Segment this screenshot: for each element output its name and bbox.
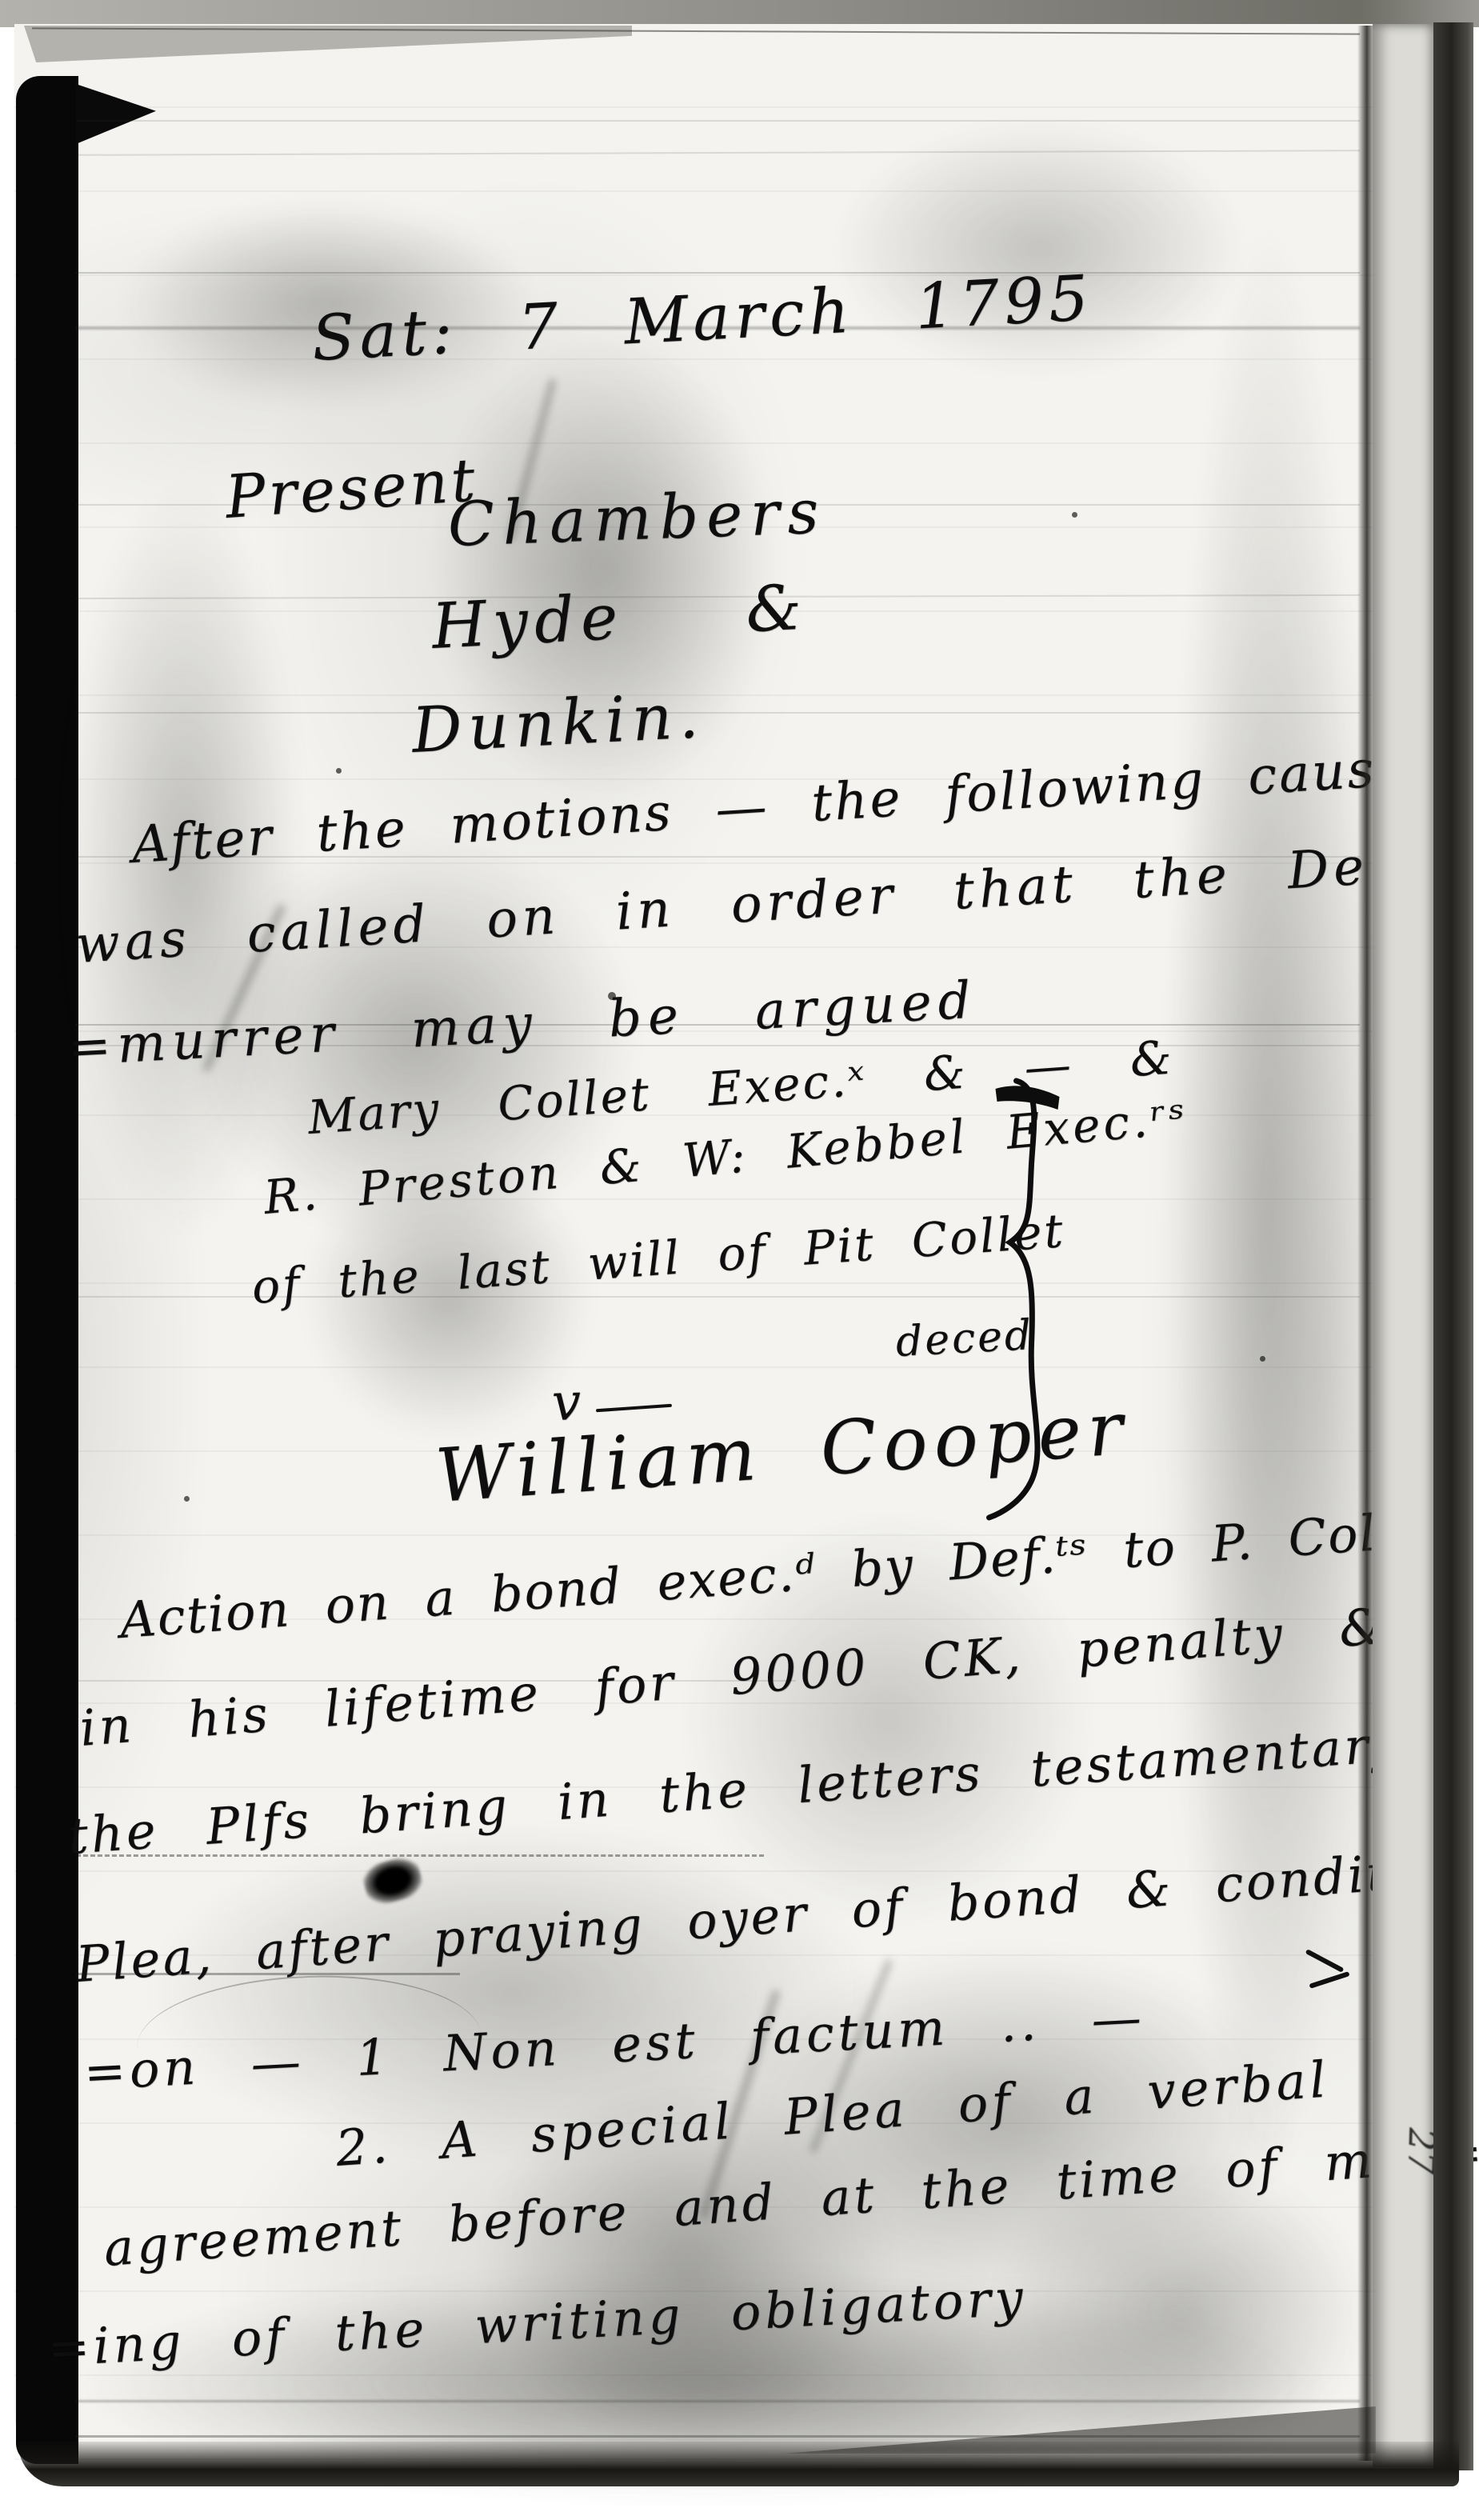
ink-speck xyxy=(1260,1356,1265,1362)
ms-line-present: Present xyxy=(223,450,480,527)
ms-judge-hyde: Hyde & xyxy=(430,576,809,658)
ink-speck xyxy=(336,768,342,774)
ink-speck xyxy=(1072,512,1077,518)
next-page-edge xyxy=(1373,24,1433,2467)
ms-judge-chambers: Chambers xyxy=(447,482,828,555)
ms-judge-dunkin: Dunkin. xyxy=(410,685,706,762)
ruled-line xyxy=(76,120,1360,122)
book-block-edge xyxy=(1433,22,1473,2470)
binding-gutter xyxy=(16,76,78,2464)
book-bottom-edge xyxy=(18,2442,1459,2486)
ink-speck xyxy=(184,1496,190,1502)
book-top-edge xyxy=(0,0,1479,27)
ms-versus: v xyxy=(551,1377,582,1429)
manuscript-scan: Sat: 7 March 1795 Present Chambers Hyde … xyxy=(0,0,1479,2520)
